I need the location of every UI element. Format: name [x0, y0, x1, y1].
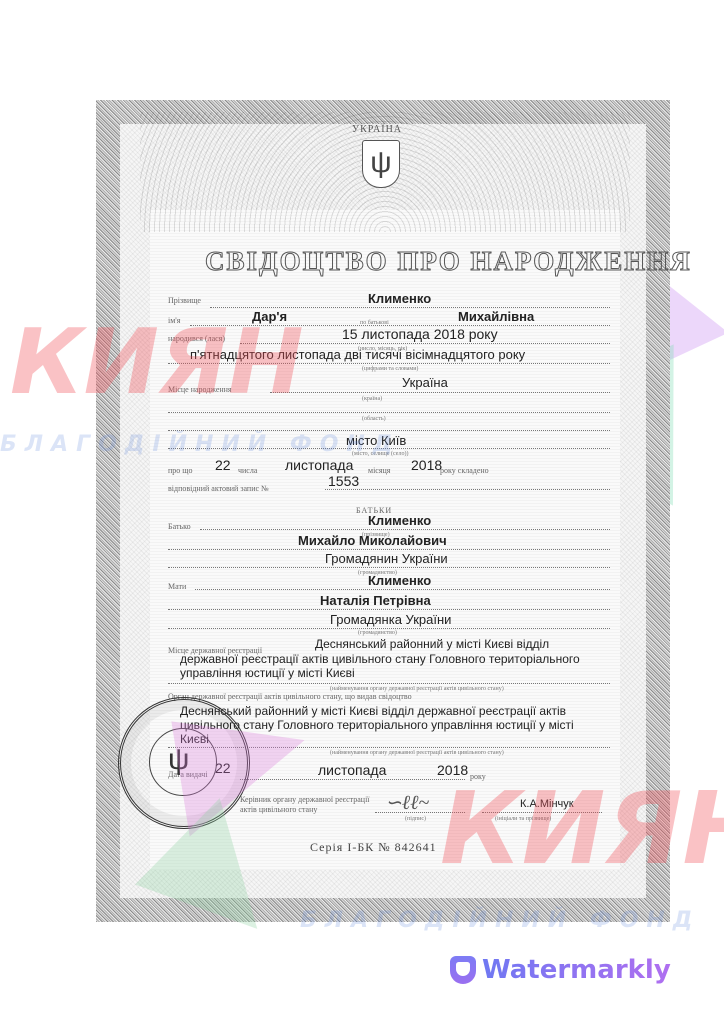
record-day-label: числа — [238, 466, 257, 475]
record-pre-label: про що — [168, 466, 192, 475]
words-hint: (цифрами та словами) — [362, 366, 418, 372]
child-patronymic: Михайлівна — [458, 309, 534, 324]
coat-of-arms-icon: ψ — [362, 140, 400, 188]
watermark-kyian-sub-right: БЛАГОДІЙНИЙ ФОНД — [300, 908, 700, 933]
watermarkly-logo: Watermarkly — [450, 955, 671, 985]
record-number-label: відповідний актовий запис № — [168, 484, 269, 493]
registration-place-line1: Деснянський районний у місті Києві відді… — [315, 637, 549, 651]
mother-citizenship-hint: (громадянство) — [358, 630, 397, 636]
mother-citizenship: Громадянка України — [330, 612, 451, 627]
father-surname: Клименко — [368, 513, 431, 528]
child-birth-date: 15 листопада 2018 року — [342, 326, 498, 342]
child-country: Україна — [402, 375, 448, 390]
issue-month: листопада — [318, 762, 386, 778]
watermarkly-text: Watermarkly — [482, 955, 671, 985]
record-number: 1553 — [328, 473, 359, 489]
record-month-label: місяця — [368, 466, 390, 475]
record-year: 2018 — [411, 457, 442, 473]
country-hint: (країна) — [362, 396, 382, 402]
father-citizenship: Громадянин України — [325, 551, 448, 566]
certificate-title: СВІДОЦТВО ПРО НАРОДЖЕННЯ — [205, 246, 692, 277]
child-surname: Клименко — [368, 291, 431, 306]
official-label: Керівник органу державної реєстрації акт… — [240, 795, 380, 815]
record-month: листопада — [285, 457, 353, 473]
father-name: Михайло Миколайович — [298, 533, 447, 548]
issuing-body-hint: (найменування органу державної реєстраці… — [330, 750, 504, 756]
record-year-label: року складено — [440, 466, 489, 475]
surname-label: Прізвище — [168, 296, 201, 305]
watermark-kyian-sub-left: БЛАГОДІЙНИЙ ФОНД — [0, 432, 400, 457]
registration-place-line3: управління юстиції у місті Києві — [180, 666, 355, 680]
record-day: 22 — [215, 457, 231, 473]
father-label: Батько — [168, 522, 191, 531]
mother-surname: Клименко — [368, 573, 431, 588]
watermark-kyian-right: КИЯН — [440, 770, 724, 887]
watermark-kyian-left: КИЯН — [10, 310, 304, 415]
mother-name: Наталія Петрівна — [320, 593, 431, 608]
shield-icon — [450, 956, 476, 984]
country-heading: УКРАЇНА — [352, 124, 402, 135]
region-hint: (область) — [362, 416, 386, 422]
signature-hint: (підпис) — [405, 816, 426, 822]
mother-label: Мати — [168, 582, 186, 591]
series-number: Серія I-БК № 842641 — [310, 840, 437, 855]
